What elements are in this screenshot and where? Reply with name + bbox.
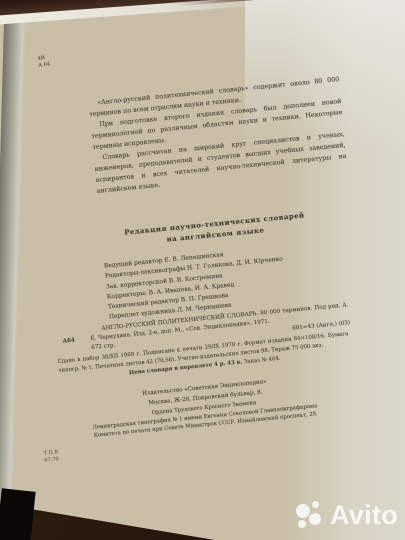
corner-shadow [0,488,36,540]
pencil-stamp-line2: 67-70 [44,456,59,464]
avito-logo-icon [296,500,327,531]
pencil-stamp: Т.П.В 67-70 [43,449,59,464]
biblio-page-count: 672 стр. [91,342,116,353]
book-colophon-photo: 4И А 64 «Англо-русский политехнический с… [0,0,405,540]
classification-code: 4И А 64 [37,54,50,70]
imprint-order-number: Заказ № 464. [244,356,281,365]
page-stack-edge [0,20,26,525]
biblio-margin-code: А64 [62,337,75,347]
classification-code-line2: А 64 [38,62,51,71]
avito-watermark-label: Avito [330,502,398,529]
avito-watermark: Avito [296,500,398,531]
